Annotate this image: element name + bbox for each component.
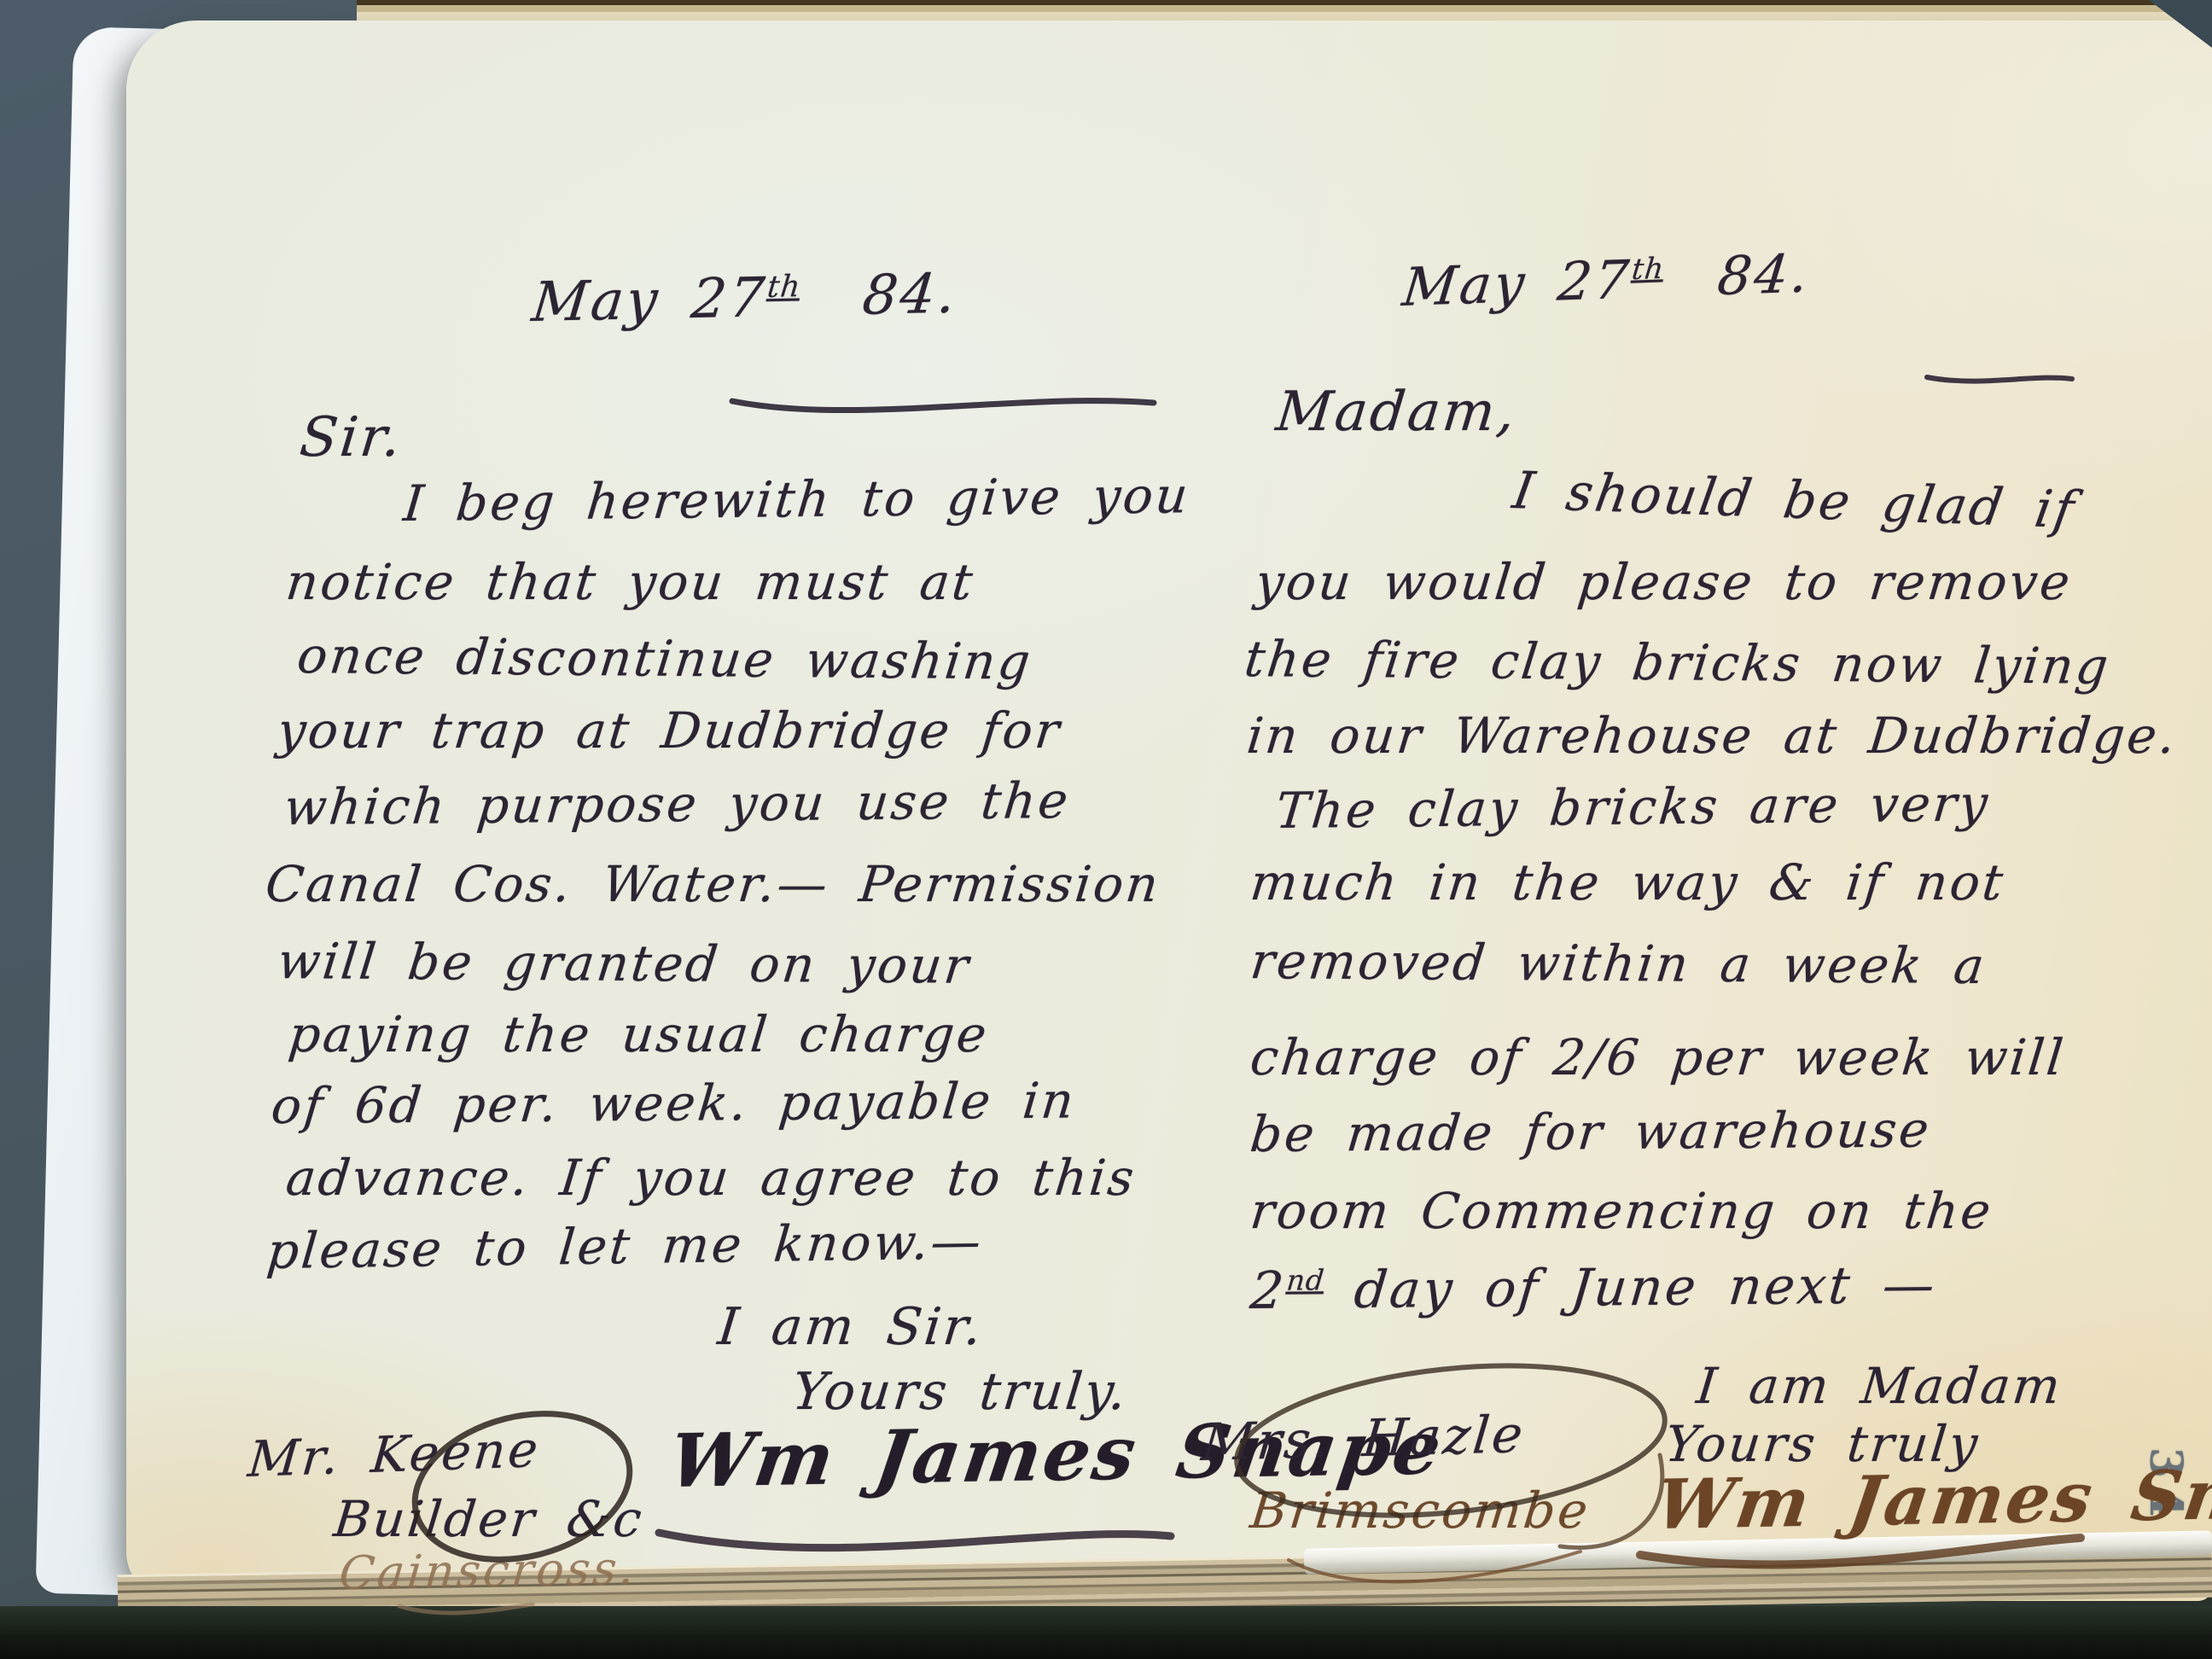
letter-line: the fire clay bricks now lying — [1242, 630, 2113, 696]
left-letter-date: May 27th84. — [529, 263, 961, 335]
letter-line: which purpose you use the — [282, 771, 1073, 836]
letter-line: please to let me know.— — [265, 1212, 986, 1280]
book-cover-edge — [0, 1606, 2212, 1659]
date-day: May 27 — [1400, 248, 1634, 318]
line-rest: day of June next — — [1321, 1255, 1940, 1320]
letter-line: once discontinue washing — [294, 626, 1035, 691]
letter-line: your trap at Dudbridge for — [275, 701, 1064, 760]
day-ordinal: nd — [1285, 1263, 1326, 1296]
letter-line: The clay bricks are very — [1273, 774, 1993, 840]
letter-line: in our Warehouse at Dudbridge. — [1244, 707, 2180, 765]
letter-line: much in the way & if not — [1248, 853, 2008, 911]
right-salutation: Madam, — [1273, 381, 1521, 444]
left-closing: I am Sir. — [715, 1297, 987, 1357]
left-addressee-name: Mr. Keene — [246, 1420, 543, 1488]
letter-line: Canal Cos. Water.— Permission — [263, 855, 1163, 913]
letter-line: you would please to remove — [1253, 553, 2075, 611]
right-closing: I am Madam — [1694, 1357, 2065, 1415]
letter-line: I beg herewith to give you — [401, 466, 1193, 533]
date-ordinal: th — [1630, 252, 1666, 287]
letter-book-photo: May 27th84. Sir. I beg herewith to give … — [0, 0, 2212, 1659]
date-year: 84. — [1714, 242, 1813, 307]
letter-line: charge of 2/6 per week will — [1248, 1028, 2069, 1086]
letter-line: be made for warehouse — [1248, 1100, 1934, 1163]
letter-line: 2nd day of June next — — [1248, 1255, 1940, 1321]
left-addressee-line: Builder &c — [331, 1490, 647, 1548]
letter-line: paying the usual charge — [286, 1005, 992, 1063]
letter-line: notice that you must at — [283, 553, 978, 611]
letter-line: advance. If you agree to this — [283, 1149, 1139, 1207]
right-addressee-name: Mrs. Hazle — [1199, 1405, 1528, 1473]
left-salutation: Sir. — [297, 406, 406, 469]
letter-line: of 6d per. week. payable in — [269, 1071, 1079, 1135]
date-year: 84. — [859, 263, 961, 328]
background-corner — [2149, 0, 2212, 48]
letter-line: removed within a week a — [1248, 932, 1989, 995]
letter-line: room Commencing on the — [1248, 1182, 1996, 1240]
right-addressee-place: Brimscombe — [1248, 1481, 1593, 1540]
date-ordinal: th — [765, 269, 802, 305]
day-number: 2 — [1248, 1261, 1289, 1321]
letter-line: will be granted on your — [275, 932, 974, 995]
left-addressee-place: Cainscross. — [337, 1541, 639, 1600]
date-day: May 27 — [529, 266, 770, 335]
right-signature: Wm James Snape — [1651, 1452, 2212, 1545]
